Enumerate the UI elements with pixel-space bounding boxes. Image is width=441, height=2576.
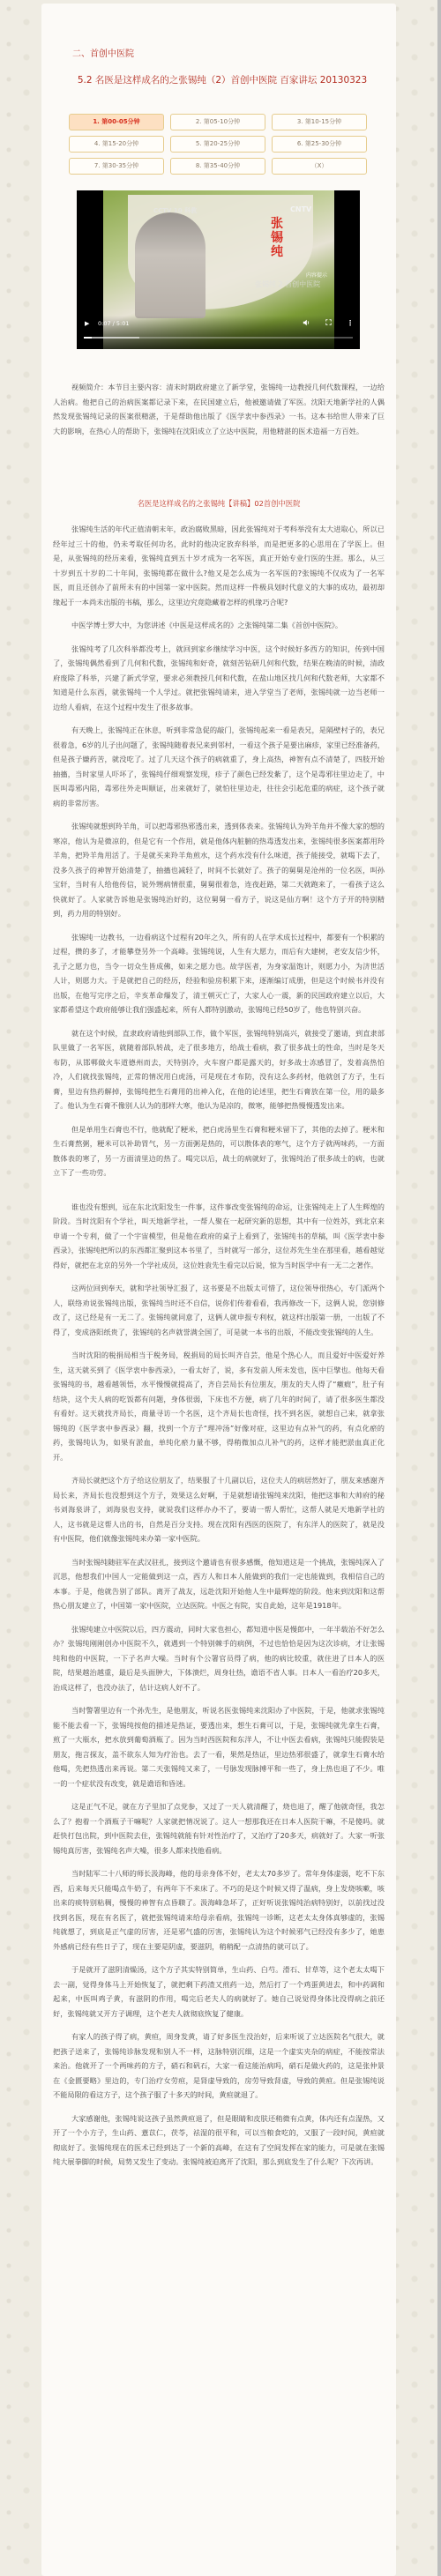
segment-button-8[interactable]: 8. 第35-40分钟 (170, 158, 265, 175)
transcript-paragraph: 有天晚上，张锡纯正在休息，听到非常急促的敲门，张锡纯起来一看是表兄，是隔壁村子的… (53, 723, 385, 810)
segment-button-1[interactable]: 1. 第00-05分钟 (69, 114, 164, 130)
transcript-paragraph: 当时张锡纯随驻军在武汉驻扎，接到这个邀请也有很多感慨，他知道这是一个挑战，张锡纯… (53, 1555, 385, 1613)
video-controls: ▶ 0:07 / 5:01 ⋮ (77, 316, 360, 349)
volume-icon[interactable] (303, 319, 310, 328)
play-icon[interactable]: ▶ (85, 320, 89, 327)
transcript-paragraph: 张锡纯生活的年代正值清朝末年，政治腐败黑暗，因此张锡纯对于考科举没有太大进取心，… (53, 522, 385, 609)
video-progress-bar[interactable] (84, 337, 353, 339)
video-played-bar (84, 337, 92, 339)
segment-button-5[interactable]: 5. 第20-25分钟 (170, 136, 265, 153)
transcript-paragraph: 就在这个时候，直隶政府请他到部队工作，做个军医，张锡纯特别高兴，就接受了邀请，到… (53, 1026, 385, 1113)
channel-logo-right: CNTV (290, 205, 311, 213)
transcript-paragraph: 有家人的孩子得了病，黄疸，周身发黄，请了好多医生没治好，后来听说了立达医院名气很… (53, 2029, 385, 2103)
transcript-paragraph: 张锡纯一边教书，一边看病这个过程有20年之久，所有的人在学术成长过程中，都要有一… (53, 930, 385, 1017)
transcript-body: 张锡纯生活的年代正值清朝末年，政治腐败黑暗，因此张锡纯对于考科举没有太大进取心，… (53, 522, 385, 2178)
transcript-paragraph: 齐局长就把这个方子给这位朋友了，结果服了十几副以后，这位夫人的病居然好了，朋友来… (53, 1473, 385, 1546)
segment-button-7[interactable]: 7. 第30-35分钟 (69, 158, 164, 175)
article-page: 二、首创中医院 5.2 名医是这样成名的之张锡纯（2）首创中医院 百家讲坛 20… (41, 4, 396, 2576)
transcript-paragraph: 当时陆军二十八师的师长汲海峰，他的母亲身体不好，老太太70多岁了。常年身体虚弱，… (53, 1866, 385, 1954)
video-intro: 视频简介：本节目主要内容：清末时期政府建立了新学堂，张锡纯一边教授几何代数课程，… (53, 380, 385, 438)
transcript-paragraph: 张锡纯建立中医院以后，四方震动，同时大家也担心，都知道中医是慢郎中，一年半载治不… (53, 1622, 385, 1695)
transcript-paragraph: 谁也没有想到，远在东北沈阳发生一件事，这件事改变张锡纯的命运，让张锡纯走上了人生… (53, 1200, 385, 1273)
transcript-paragraph: 张锡纯就想到羚羊角，可以把毒邪热邪透出来，透到体表来。张锡纯认为羚羊角并不像大家… (53, 819, 385, 921)
segment-button-2[interactable]: 2. 第05-10分钟 (170, 114, 265, 130)
transcript-paragraph: 大家感谢他，张锡纯说这孩子虽然黄疸退了，但是眼睛和皮肤还稍微有点黄，体内还有点湿… (53, 2111, 385, 2170)
transcript-paragraph: 张锡纯考了几次科举都没考上，就回到家乡继续学习中医，这个时候好多西方的知识，传到… (53, 642, 385, 715)
transcript-paragraph: 于是就开了滋阴清燥汤，这个方子其实特别简单，生山药、白芍。滑石、甘草等，这个老太… (53, 1962, 385, 2021)
video-hint-label: 内容提示 (306, 271, 327, 279)
transcript-paragraph: 中医学博士罗大中，为您讲述《中医是这样成名的》之张锡纯第二集《首创中医院》。 (53, 618, 385, 633)
video-vertical-name: 张 锡 纯 (271, 217, 283, 259)
video-portrait (135, 212, 206, 318)
video-name-char-2: 锡 (271, 231, 283, 245)
segment-button-3[interactable]: 3. 第10-15分钟 (272, 114, 367, 130)
video-name-char-1: 张 (271, 217, 283, 231)
video-buffered-bar (84, 337, 139, 339)
segment-button-grid: 1. 第00-05分钟 2. 第05-10分钟 3. 第10-15分钟 4. 第… (69, 114, 369, 175)
fullscreen-icon[interactable] (325, 319, 332, 327)
more-options-icon[interactable]: ⋮ (347, 319, 354, 327)
channel-logo-left: CCTV 10 科教 (153, 206, 197, 215)
transcript-paragraph: 这两位回到奉天，就和学社领导汇报了，这书要是不出版太可惜了，这位领导很热心，专门… (53, 1281, 385, 1339)
article-title: 5.2 名医是这样成名的之张锡纯（2）首创中医院 百家讲坛 20130323 (77, 73, 368, 88)
video-player[interactable]: CCTV 10 科教 CNTV 张 锡 纯 内容提示 张锡纯 2 首创中医院 ▶… (77, 190, 360, 349)
transcript-paragraph: 当时警署里边有一个孙先生，是他朋友，听说名医张锡纯来沈阳办了中医院，于是，他就求… (53, 1703, 385, 1791)
transcript-paragraph: 但是单用生石膏也不行，他就配了粳米，把白虎汤里生石膏和粳米留下了，其他的去掉了。… (53, 1122, 385, 1180)
page-scrollbar[interactable] (437, 0, 441, 2576)
video-name-char-3: 纯 (271, 245, 283, 259)
transcript-heading: 名医是这样成名的之张锡纯【讲稿】02首创中医院 (41, 498, 396, 509)
video-hint-title: 张锡纯 2 首创中医院 (255, 279, 320, 289)
segment-button-4[interactable]: 4. 第15-20分钟 (69, 136, 164, 153)
transcript-paragraph: 这是正气不足，就在方子里加了点党参，又过了一天人就清醒了，烧也退了，醒了他就奇怪… (53, 1799, 385, 1858)
section-title: 二、首创中医院 (72, 46, 134, 59)
video-time-display: 0:07 / 5:01 (98, 320, 130, 327)
segment-button-6[interactable]: 6. 第25-30分钟 (272, 136, 367, 153)
transcript-paragraph: 当时沈阳的税捐局相当于税务局，税捐局的局长叫齐自芸，他是个热心人，而且爱好中医爱… (53, 1348, 385, 1464)
segment-button-close[interactable]: （X） (272, 158, 367, 175)
